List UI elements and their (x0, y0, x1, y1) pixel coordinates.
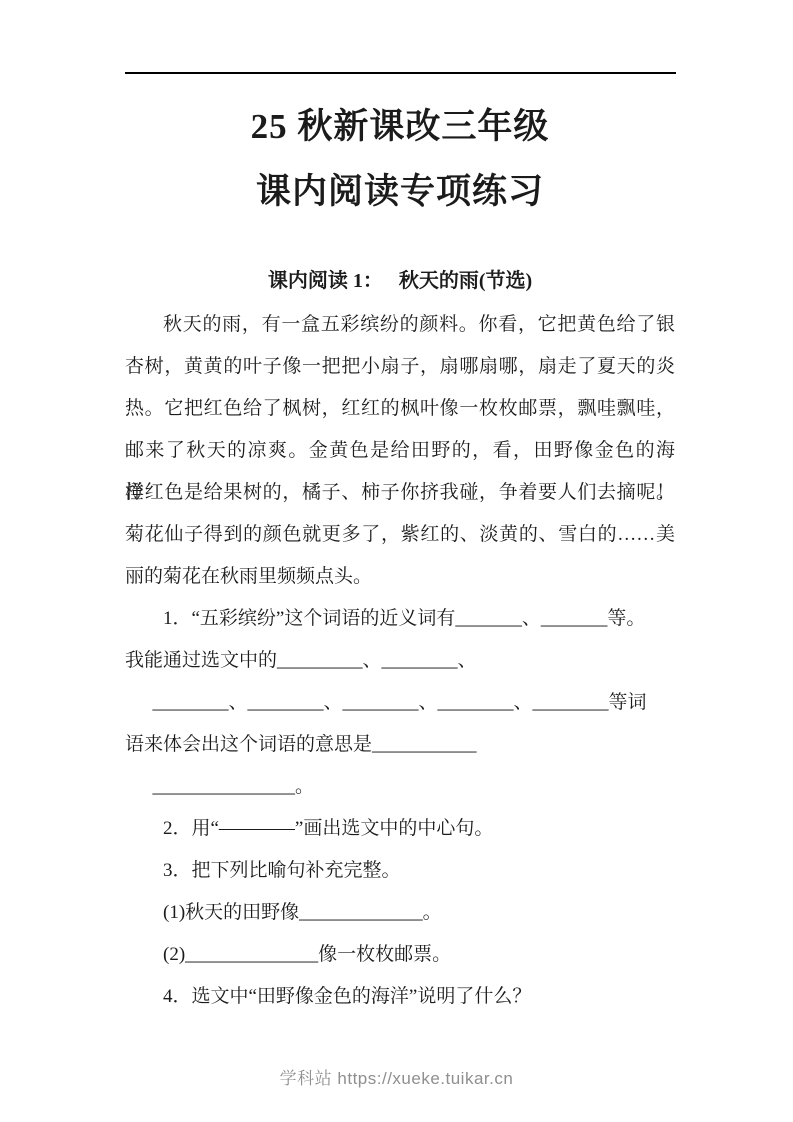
passage-line: 杏树，黄黄的叶子像一把把小扇子，扇哪扇哪，扇走了夏天的炎 (125, 346, 675, 388)
question-1-cont-2: ________、________、________、________、____… (125, 682, 675, 724)
question-1-cont-1: 我能通过选文中的_________、________、 (125, 640, 675, 682)
question-1: 1．“五彩缤纷”这个词语的近义词有_______、_______等。 (125, 598, 675, 640)
document-page: 25 秋新课改三年级 课内阅读专项练习 课内阅读 1：秋天的雨(节选) 秋天的雨… (0, 0, 793, 1122)
question-3: 3．把下列比喻句补充完整。 (125, 850, 675, 892)
passage-line: 丽的菊花在秋雨里频频点头。 (125, 556, 675, 598)
footer-watermark: 学科站 https://xueke.tuikar.cn (0, 1058, 793, 1100)
question-3-item-1: (1)秋天的田野像_____________。 (125, 892, 675, 934)
section-heading: 课内阅读 1：秋天的雨(节选) (125, 260, 675, 302)
doc-title: 25 秋新课改三年级 课内阅读专项练习 (125, 94, 675, 224)
question-1-cont-3: 语来体会出这个词语的意思是___________ (125, 724, 675, 766)
passage-line: 邮来了秋天的凉爽。金黄色是给田野的，看，田野像金色的海洋。 (125, 430, 675, 472)
passage-line: 橙红色是给果树的，橘子、柿子你挤我碰，争着要人们去摘呢！ (125, 472, 675, 514)
section-heading-title: 秋天的雨(节选) (399, 270, 532, 292)
question-3-item-2: (2)______________像一枚枚邮票。 (125, 934, 675, 976)
document-body: 秋天的雨，有一盒五彩缤纷的颜料。你看，它把黄色给了银 杏树，黄黄的叶子像一把把小… (125, 304, 675, 1018)
question-2: 2．用“————”画出选文中的中心句。 (125, 808, 675, 850)
passage-line: 热。它把红色给了枫树，红红的枫叶像一枚枚邮票，飘哇飘哇， (125, 388, 675, 430)
section-heading-label: 课内阅读 1： (268, 270, 383, 292)
passage-line: 秋天的雨，有一盒五彩缤纷的颜料。你看，它把黄色给了银 (125, 304, 675, 346)
question-1-cont-4: _______________。 (125, 766, 675, 808)
doc-title-line-1: 25 秋新课改三年级 (125, 94, 675, 159)
passage-line: 菊花仙子得到的颜色就更多了，紫红的、淡黄的、雪白的……美 (125, 514, 675, 556)
header-rule (125, 72, 676, 74)
question-4: 4．选文中“田野像金色的海洋”说明了什么？ (125, 976, 675, 1018)
doc-title-line-2: 课内阅读专项练习 (125, 159, 675, 224)
